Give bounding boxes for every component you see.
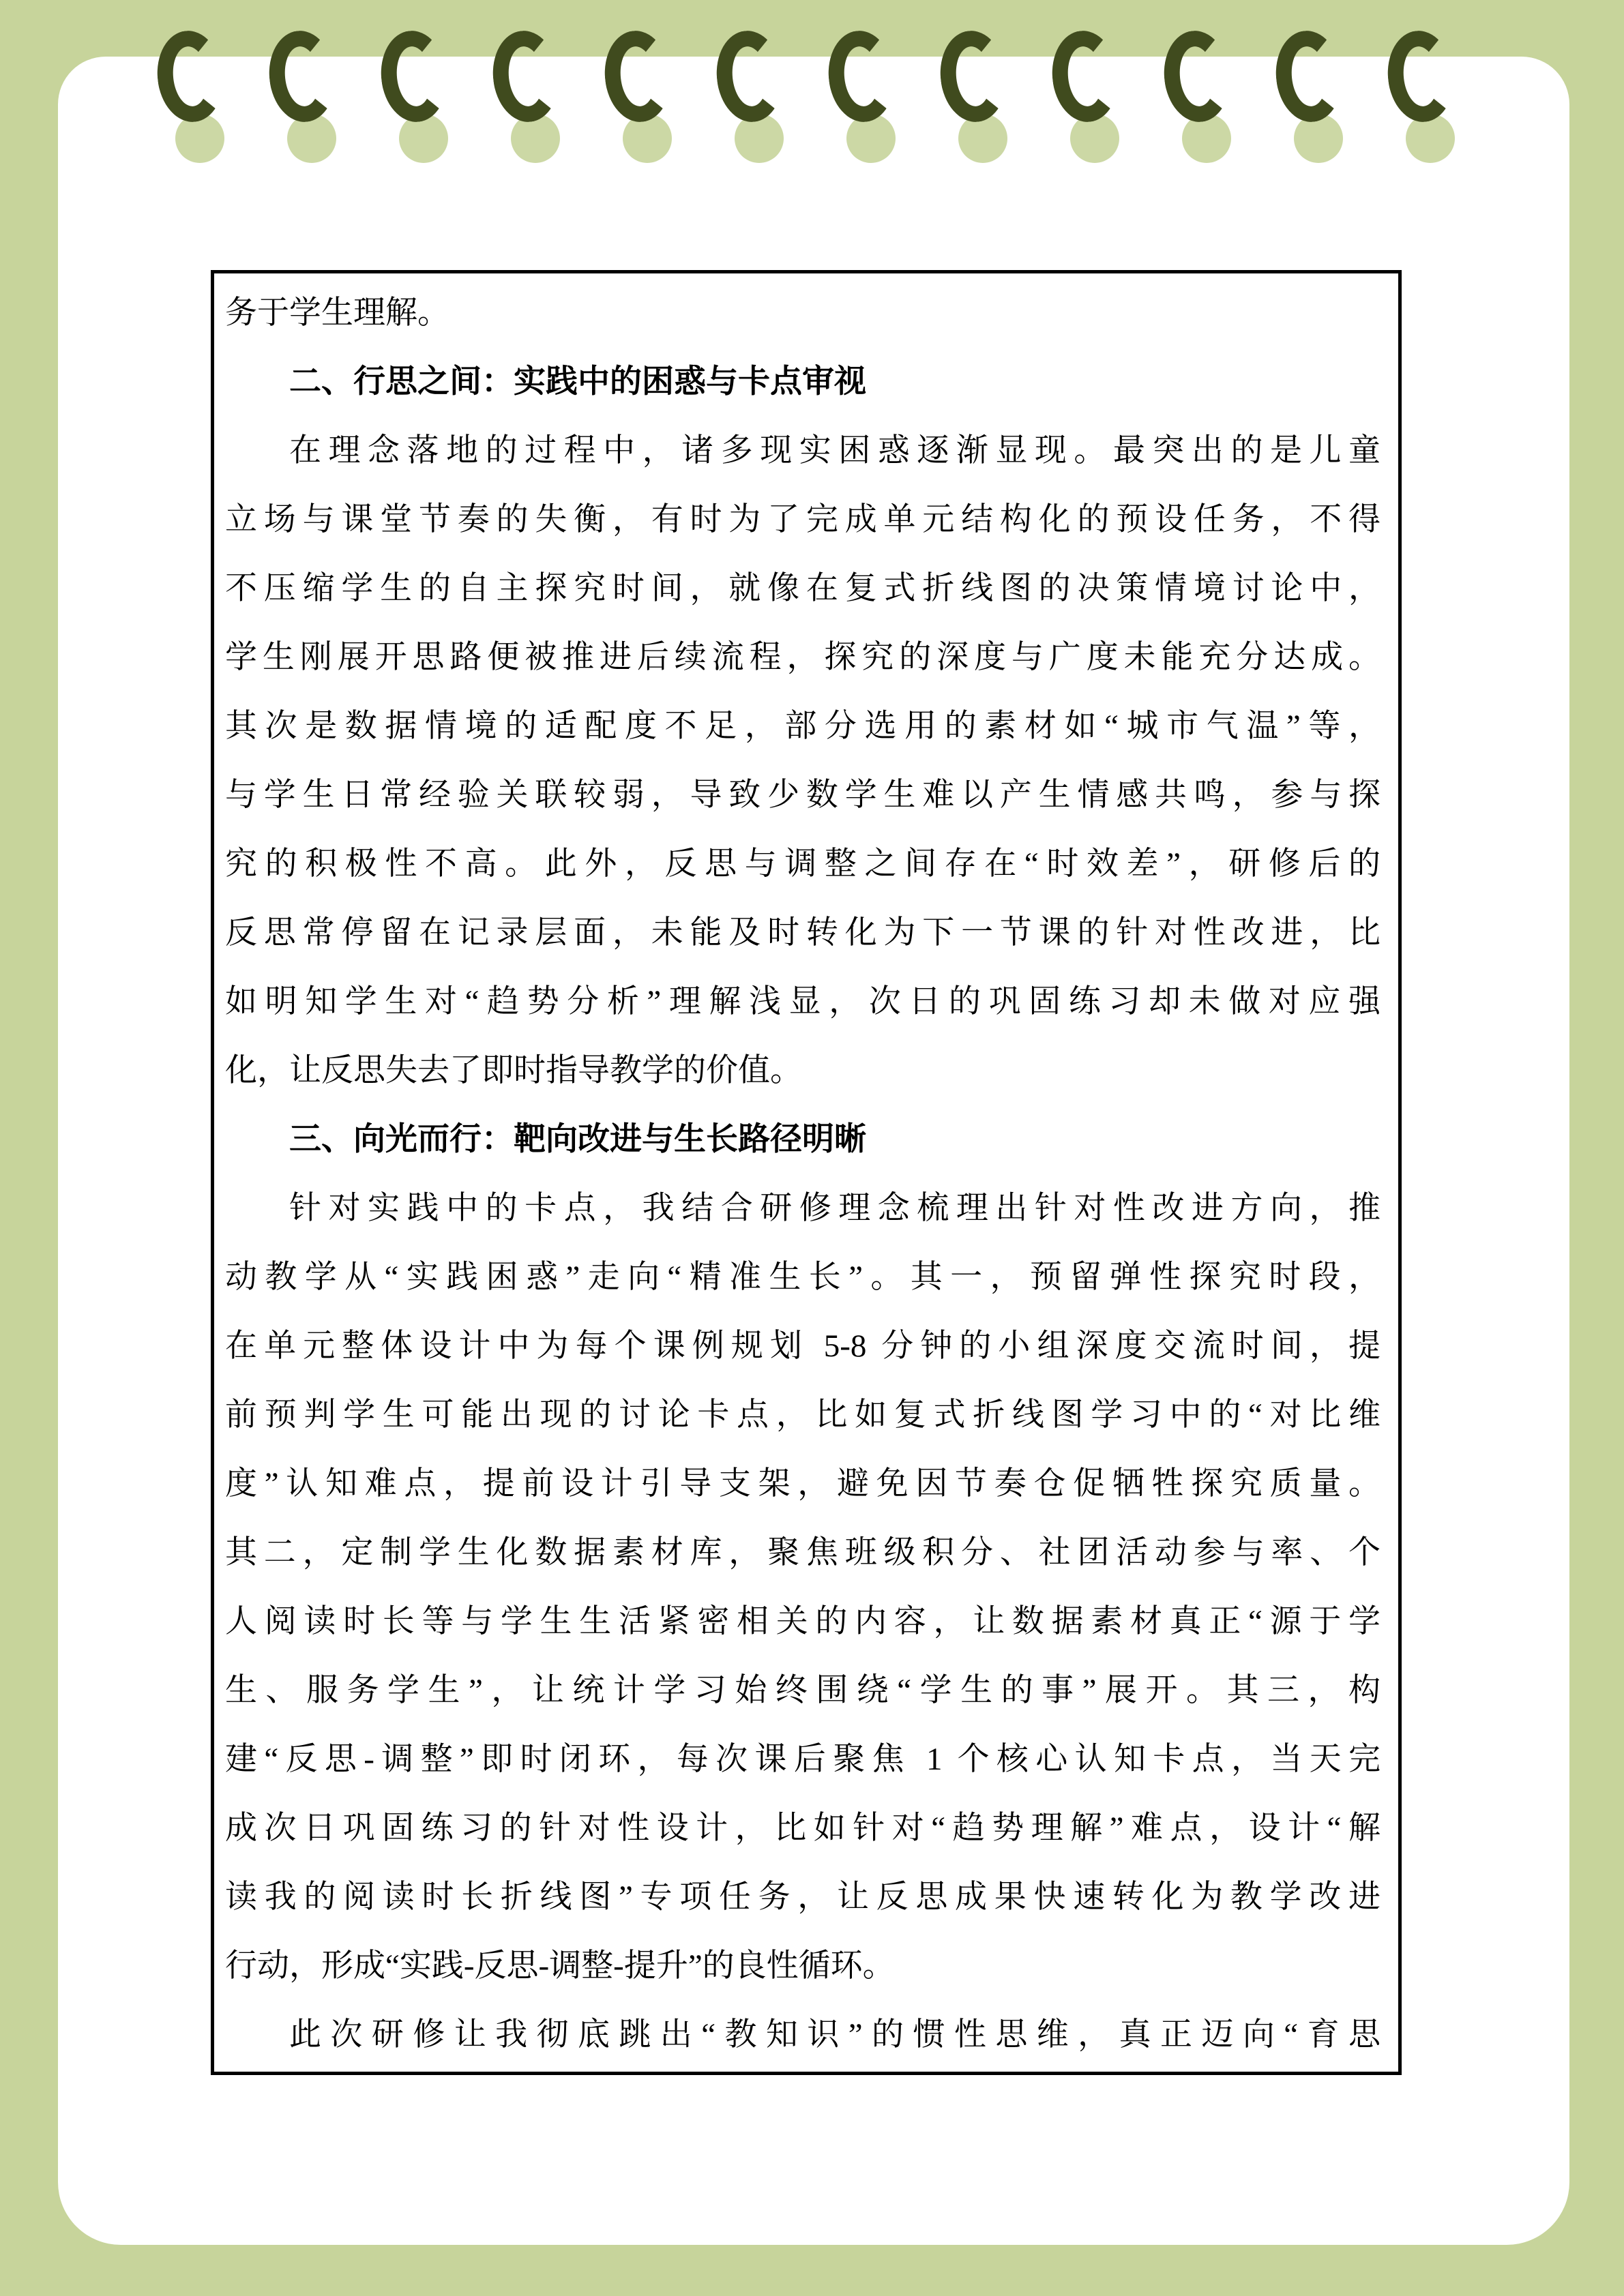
text-line: 针对实践中的卡点，我结合研修理念梳理出针对性改进方向，推 [225, 1174, 1381, 1243]
spiral-unit [941, 31, 1006, 194]
spiral-unit [605, 31, 670, 194]
text-lines: 务于学生理解。二、行思之间：实践中的困惑与卡点审视在理念落地的过程中，诸多现实困… [225, 279, 1381, 2070]
binder-ring-icon [488, 27, 563, 125]
binder-ring-icon [936, 27, 1010, 125]
punch-hole-icon [175, 114, 224, 163]
spiral-unit [829, 31, 894, 194]
text-line: 人阅读时长等与学生生活紧密相关的内容，让数据素材真正“源于学 [225, 1587, 1381, 1656]
text-line: 化，让反思失去了即时指导教学的价值。 [225, 1037, 1381, 1105]
punch-hole-icon [287, 114, 336, 163]
binder-ring-icon [153, 27, 227, 125]
punch-hole-icon [623, 114, 672, 163]
text-line: 行动，形成“实践-反思-调整-提升”的良性循环。 [225, 1932, 1381, 2001]
punch-hole-icon [399, 114, 448, 163]
section-heading: 三、向光而行：靶向改进与生长路径明晰 [225, 1105, 1381, 1174]
spiral-unit [269, 31, 335, 194]
spiral-unit [1164, 31, 1230, 194]
notebook-page: 务于学生理解。二、行思之间：实践中的困惑与卡点审视在理念落地的过程中，诸多现实困… [0, 0, 1624, 2296]
binder-ring-icon [1383, 27, 1458, 125]
binder-ring-icon [712, 27, 786, 125]
punch-hole-icon [1070, 114, 1119, 163]
spiral-unit [158, 31, 223, 194]
text-line: 与学生日常经验关联较弱，导致少数学生难以产生情感共鸣，参与探 [225, 761, 1381, 830]
text-line: 此次研修让我彻底跳出“教知识”的惯性思维，真正迈向“育思 [225, 2001, 1381, 2070]
punch-hole-icon [1182, 114, 1231, 163]
text-border-box: 务于学生理解。二、行思之间：实践中的困惑与卡点审视在理念落地的过程中，诸多现实困… [211, 270, 1402, 2075]
binder-ring-icon [1048, 27, 1122, 125]
section-heading: 二、行思之间：实践中的困惑与卡点审视 [225, 348, 1381, 417]
text-line: 度”认知难点，提前设计引导支架，避免因节奏仓促牺牲探究质量。 [225, 1450, 1381, 1519]
binder-ring-icon [265, 27, 339, 125]
text-line: 究的积极性不高。此外，反思与调整之间存在“时效差”，研修后的 [225, 830, 1381, 899]
spiral-unit [381, 31, 447, 194]
text-line: 如明知学生对“趋势分析”理解浅显，次日的巩固练习却未做对应强 [225, 968, 1381, 1037]
text-line: 立场与课堂节奏的失衡，有时为了完成单元结构化的预设任务，不得 [225, 486, 1381, 554]
text-line: 其次是数据情境的适配度不足，部分选用的素材如“城市气温”等， [225, 692, 1381, 761]
text-line: 生、服务学生”，让统计学习始终围绕“学生的事”展开。其三，构 [225, 1656, 1381, 1725]
binder-ring-icon [1160, 27, 1234, 125]
spiral-unit [1052, 31, 1118, 194]
punch-hole-icon [1294, 114, 1343, 163]
spiral-unit [493, 31, 559, 194]
spiral-binding [158, 31, 1453, 194]
text-line: 成次日巩固练习的针对性设计，比如针对“趋势理解”难点，设计“解 [225, 1794, 1381, 1863]
text-line: 动教学从“实践困惑”走向“精准生长”。其一，预留弹性探究时段， [225, 1243, 1381, 1312]
text-line: 反思常停留在记录层面，未能及时转化为下一节课的针对性改进，比 [225, 899, 1381, 968]
text-line: 在单元整体设计中为每个课例规划 5-8 分钟的小组深度交流时间，提 [225, 1312, 1381, 1381]
text-line: 其二，定制学生化数据素材库，聚焦班级积分、社团活动参与率、个 [225, 1519, 1381, 1587]
spiral-unit [1388, 31, 1453, 194]
text-line: 务于学生理解。 [225, 279, 1381, 348]
spiral-unit [1276, 31, 1342, 194]
text-line: 建“反思-调整”即时闭环，每次课后聚焦 1 个核心认知卡点，当天完 [225, 1725, 1381, 1794]
text-line: 读我的阅读时长折线图”专项任务，让反思成果快速转化为教学改进 [225, 1863, 1381, 1932]
punch-hole-icon [1406, 114, 1455, 163]
text-line: 在理念落地的过程中，诸多现实困惑逐渐显现。最突出的是儿童 [225, 417, 1381, 486]
binder-ring-icon [824, 27, 898, 125]
binder-ring-icon [1271, 27, 1346, 125]
binder-ring-icon [600, 27, 675, 125]
spiral-unit [717, 31, 782, 194]
text-line: 学生刚展开思路便被推进后续流程，探究的深度与广度未能充分达成。 [225, 623, 1381, 692]
punch-hole-icon [958, 114, 1007, 163]
text-line: 不压缩学生的自主探究时间，就像在复式折线图的决策情境讨论中， [225, 554, 1381, 623]
text-line: 前预判学生可能出现的讨论卡点，比如复式折线图学习中的“对比维 [225, 1381, 1381, 1450]
punch-hole-icon [846, 114, 896, 163]
punch-hole-icon [511, 114, 560, 163]
punch-hole-icon [735, 114, 784, 163]
binder-ring-icon [377, 27, 451, 125]
